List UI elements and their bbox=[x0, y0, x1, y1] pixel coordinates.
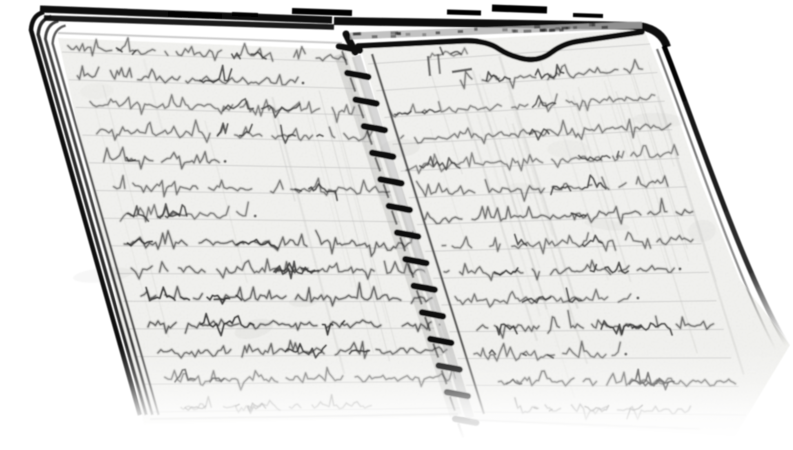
ring-bar bbox=[381, 179, 402, 183]
top-edge-dash bbox=[492, 8, 547, 10]
top-edge-dash bbox=[292, 11, 352, 13]
period-dot bbox=[636, 297, 639, 300]
top-edge-dash bbox=[168, 14, 222, 16]
ring-bar bbox=[405, 259, 426, 263]
top-edge-dash bbox=[573, 15, 603, 16]
ring-bar bbox=[389, 206, 410, 210]
top-edge-dash bbox=[447, 12, 481, 13]
period-dot bbox=[224, 160, 227, 163]
ring-bar bbox=[372, 153, 393, 157]
notebook-photograph bbox=[0, 0, 793, 450]
ring-bar bbox=[356, 100, 377, 104]
ring-bar bbox=[364, 126, 385, 130]
ring-bar bbox=[414, 286, 435, 290]
scene-canvas bbox=[0, 0, 793, 450]
period-dot bbox=[302, 82, 305, 85]
period-dot bbox=[679, 267, 682, 270]
ring-bar bbox=[347, 73, 368, 77]
ring-bar bbox=[430, 339, 451, 343]
period-dot bbox=[254, 215, 257, 218]
bottom-fade bbox=[0, 345, 793, 450]
top-edge-dash bbox=[232, 14, 258, 15]
ring-bar bbox=[397, 233, 418, 237]
rule-line bbox=[130, 328, 435, 329]
ring-bar bbox=[422, 312, 443, 316]
